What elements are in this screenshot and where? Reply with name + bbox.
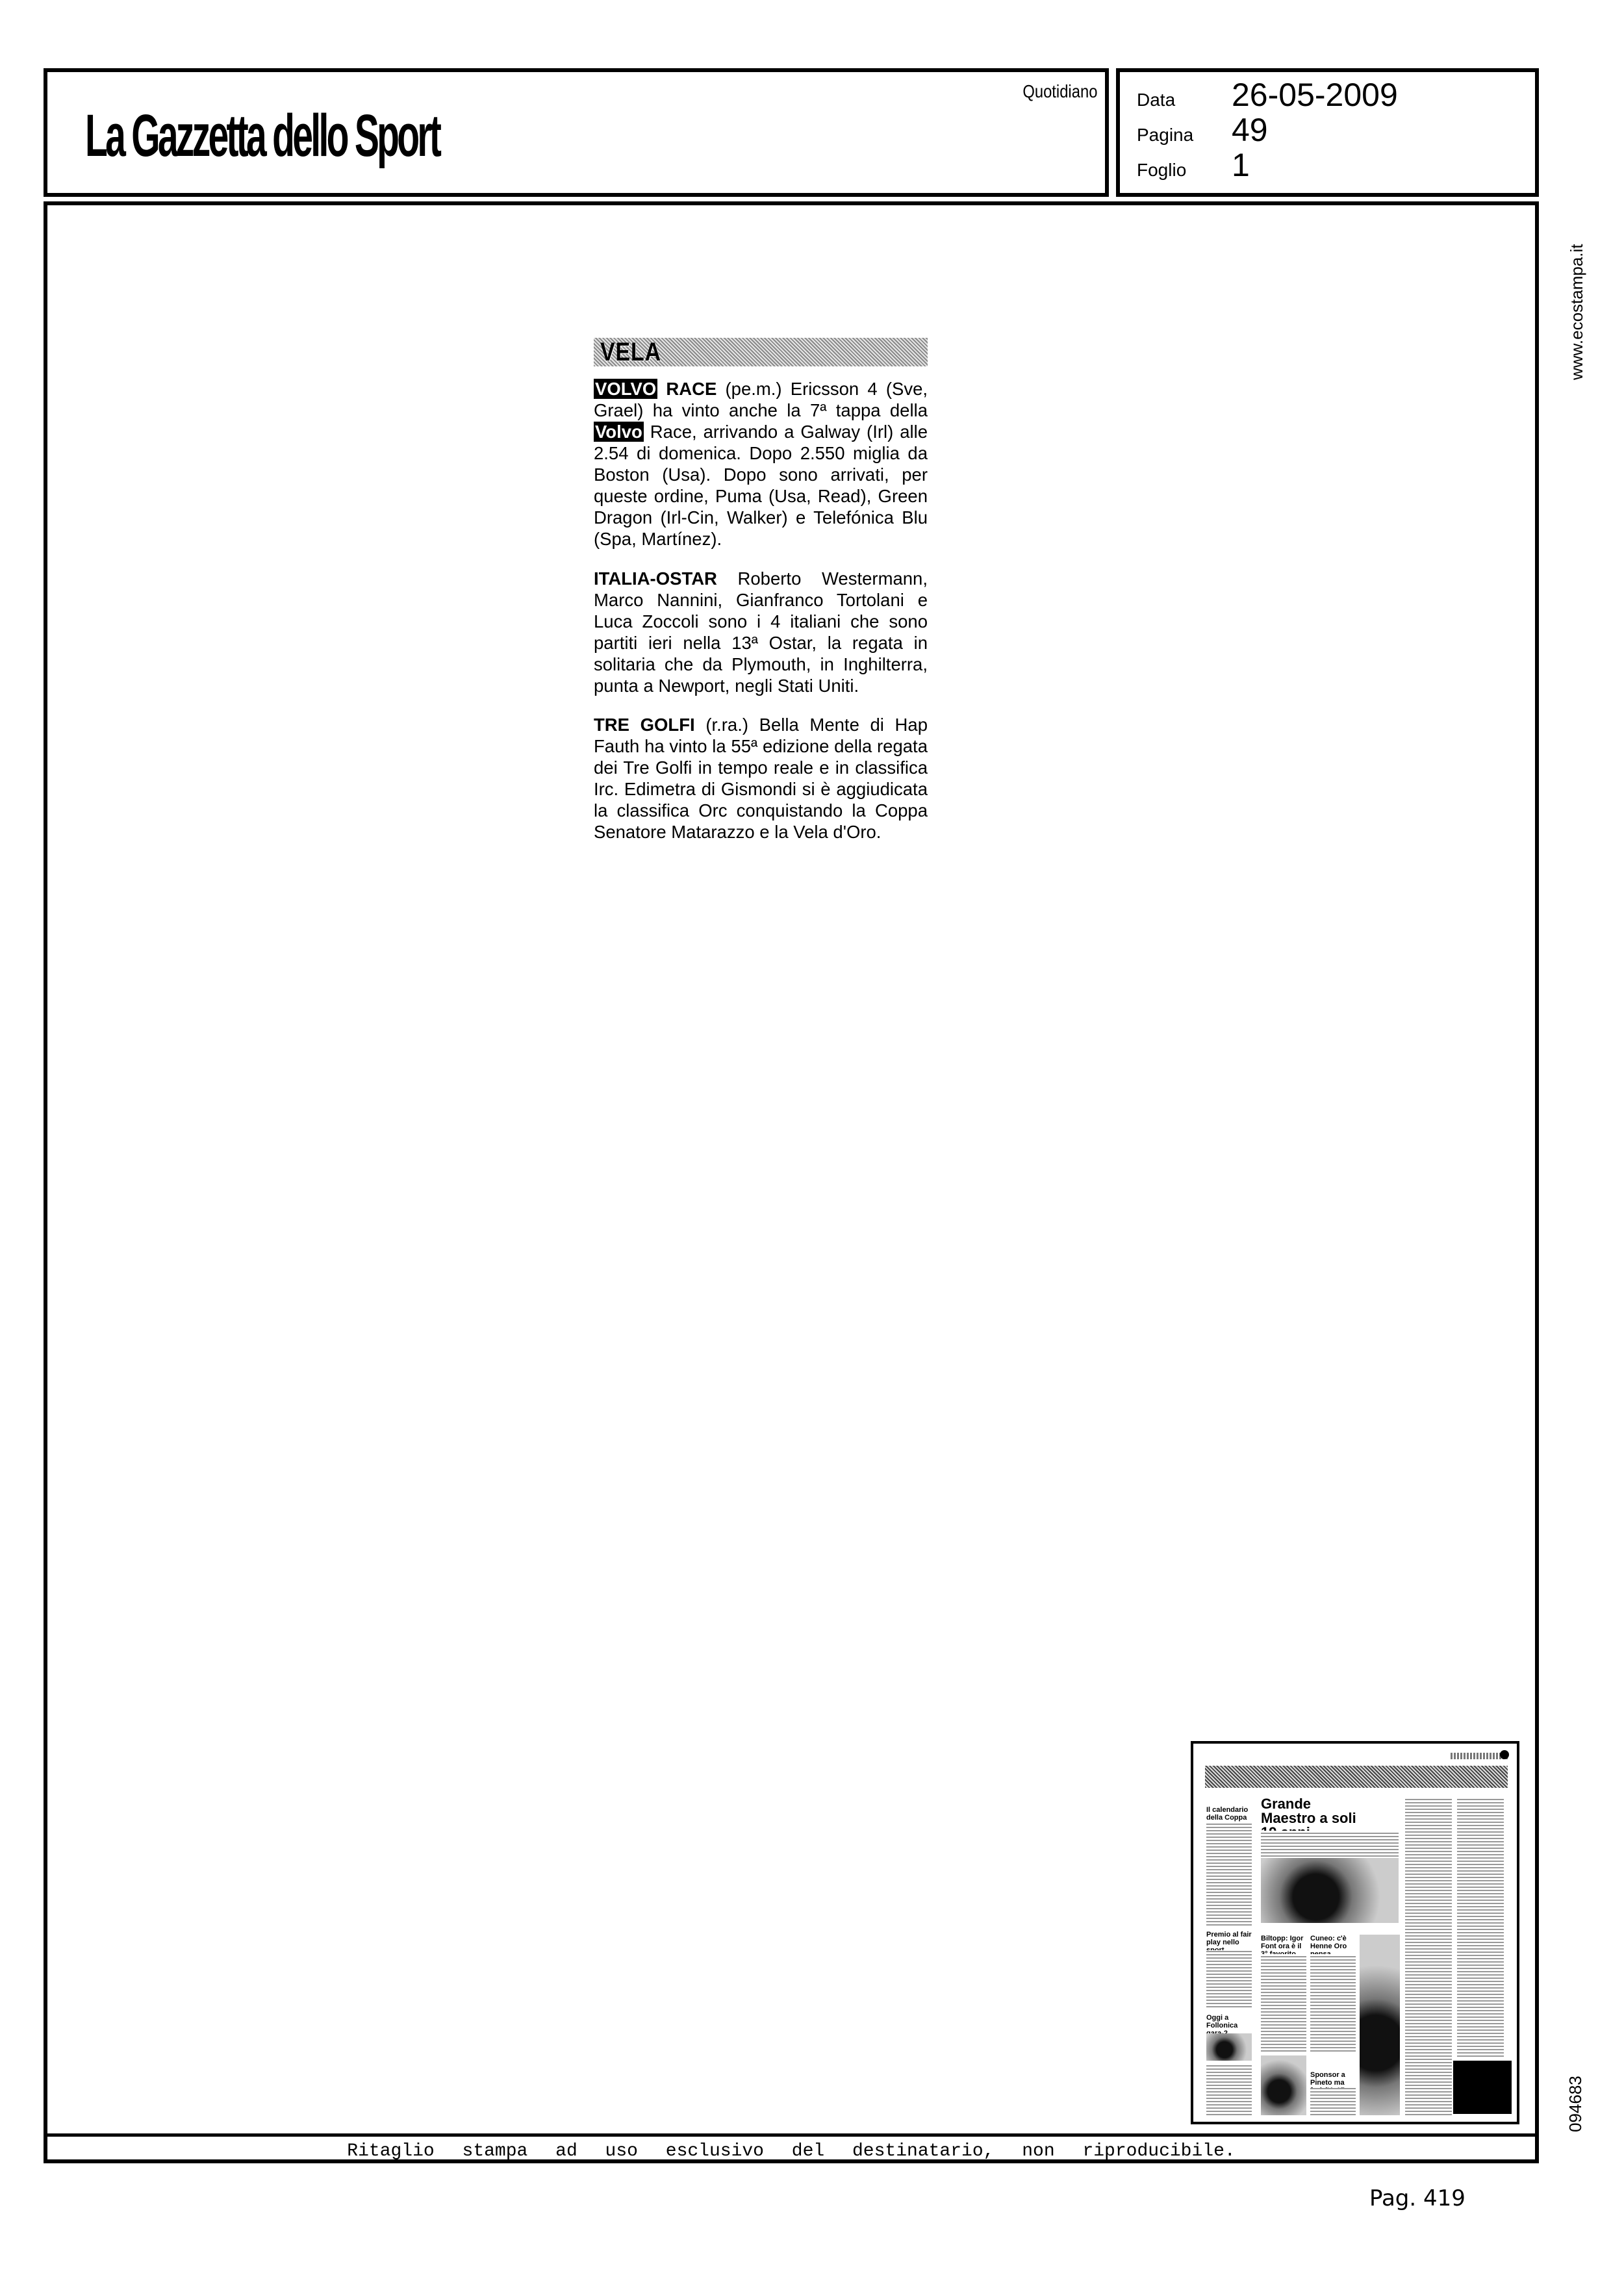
meta-date-label: Data [1137, 90, 1232, 110]
inline-inverted: Volvo [594, 422, 644, 442]
clipping-code: 094683 [1566, 2076, 1586, 2132]
thumb-subhead: Il calendario della Coppa [1206, 1806, 1252, 1822]
kicker: ITALIA-OSTAR [594, 568, 717, 589]
thumb-column [1261, 1954, 1306, 2052]
kicker: RACE [666, 379, 717, 399]
source-url: www.ecostampa.it [1567, 244, 1587, 380]
thumb-photo [1206, 2033, 1252, 2061]
meta-page: Pagina 49 [1137, 114, 1268, 146]
meta-box: Data 26-05-2009 Pagina 49 Foglio 1 [1116, 68, 1539, 197]
meta-date-value: 26-05-2009 [1232, 79, 1398, 111]
thumb-photo [1261, 2055, 1306, 2115]
page-thumbnail: Il calendario della Coppa Premio al fair… [1191, 1741, 1519, 2124]
thumb-column [1310, 2088, 1356, 2115]
thumb-column [1405, 1797, 1452, 2115]
meta-page-value: 49 [1232, 114, 1268, 146]
thumb-column [1310, 1954, 1356, 2052]
section-header: VELA [594, 338, 928, 366]
section-title: VELA [600, 338, 661, 366]
masthead-box: La Gazzetta dello Sport Quotidiano [44, 68, 1109, 197]
article-vela: VELA VOLVO RACE (pe.m.) Ericsson 4 (Sve,… [594, 338, 928, 861]
meta-sheet-value: 1 [1232, 149, 1250, 181]
thumb-black-box [1453, 2061, 1512, 2114]
meta-sheet: Foglio 1 [1137, 149, 1250, 181]
thumb-photo [1360, 1935, 1400, 2115]
paragraph-italia-ostar: ITALIA-OSTAR Roberto Westermann, Marco N… [594, 568, 928, 696]
thumb-column [1206, 2065, 1252, 2115]
thumb-column [1206, 1950, 1252, 2007]
thumb-main-photo [1261, 1858, 1399, 1923]
paragraph-text: Race, arrivando a Galway (Irl) alle 2.54… [594, 422, 928, 549]
paragraph-volvo-race: VOLVO RACE (pe.m.) Ericsson 4 (Sve, Grae… [594, 378, 928, 550]
footer-notice: Ritaglio stampa ad uso esclusivo del des… [47, 2141, 1535, 2161]
thumb-column [1261, 1831, 1399, 1857]
kicker: TRE GOLFI [594, 715, 695, 735]
thumb-section-banner [1205, 1766, 1508, 1788]
kicker-inverted: VOLVO [594, 379, 657, 399]
footer-divider [47, 2133, 1535, 2137]
thumb-column [1457, 1797, 1504, 2057]
thumb-column [1206, 1823, 1252, 1926]
page-number: Pag. 419 [1369, 2185, 1465, 2211]
paragraph-tre-golfi: TRE GOLFI (r.ra.) Bella Mente di Hap Fau… [594, 714, 928, 843]
newspaper-masthead: La Gazzetta dello Sport [85, 106, 439, 166]
meta-sheet-label: Foglio [1137, 160, 1232, 181]
meta-page-label: Pagina [1137, 125, 1232, 146]
meta-date: Data 26-05-2009 [1137, 79, 1398, 111]
thumb-page-number-icon [1500, 1750, 1509, 1759]
publication-type: Quotidiano [1022, 81, 1097, 102]
